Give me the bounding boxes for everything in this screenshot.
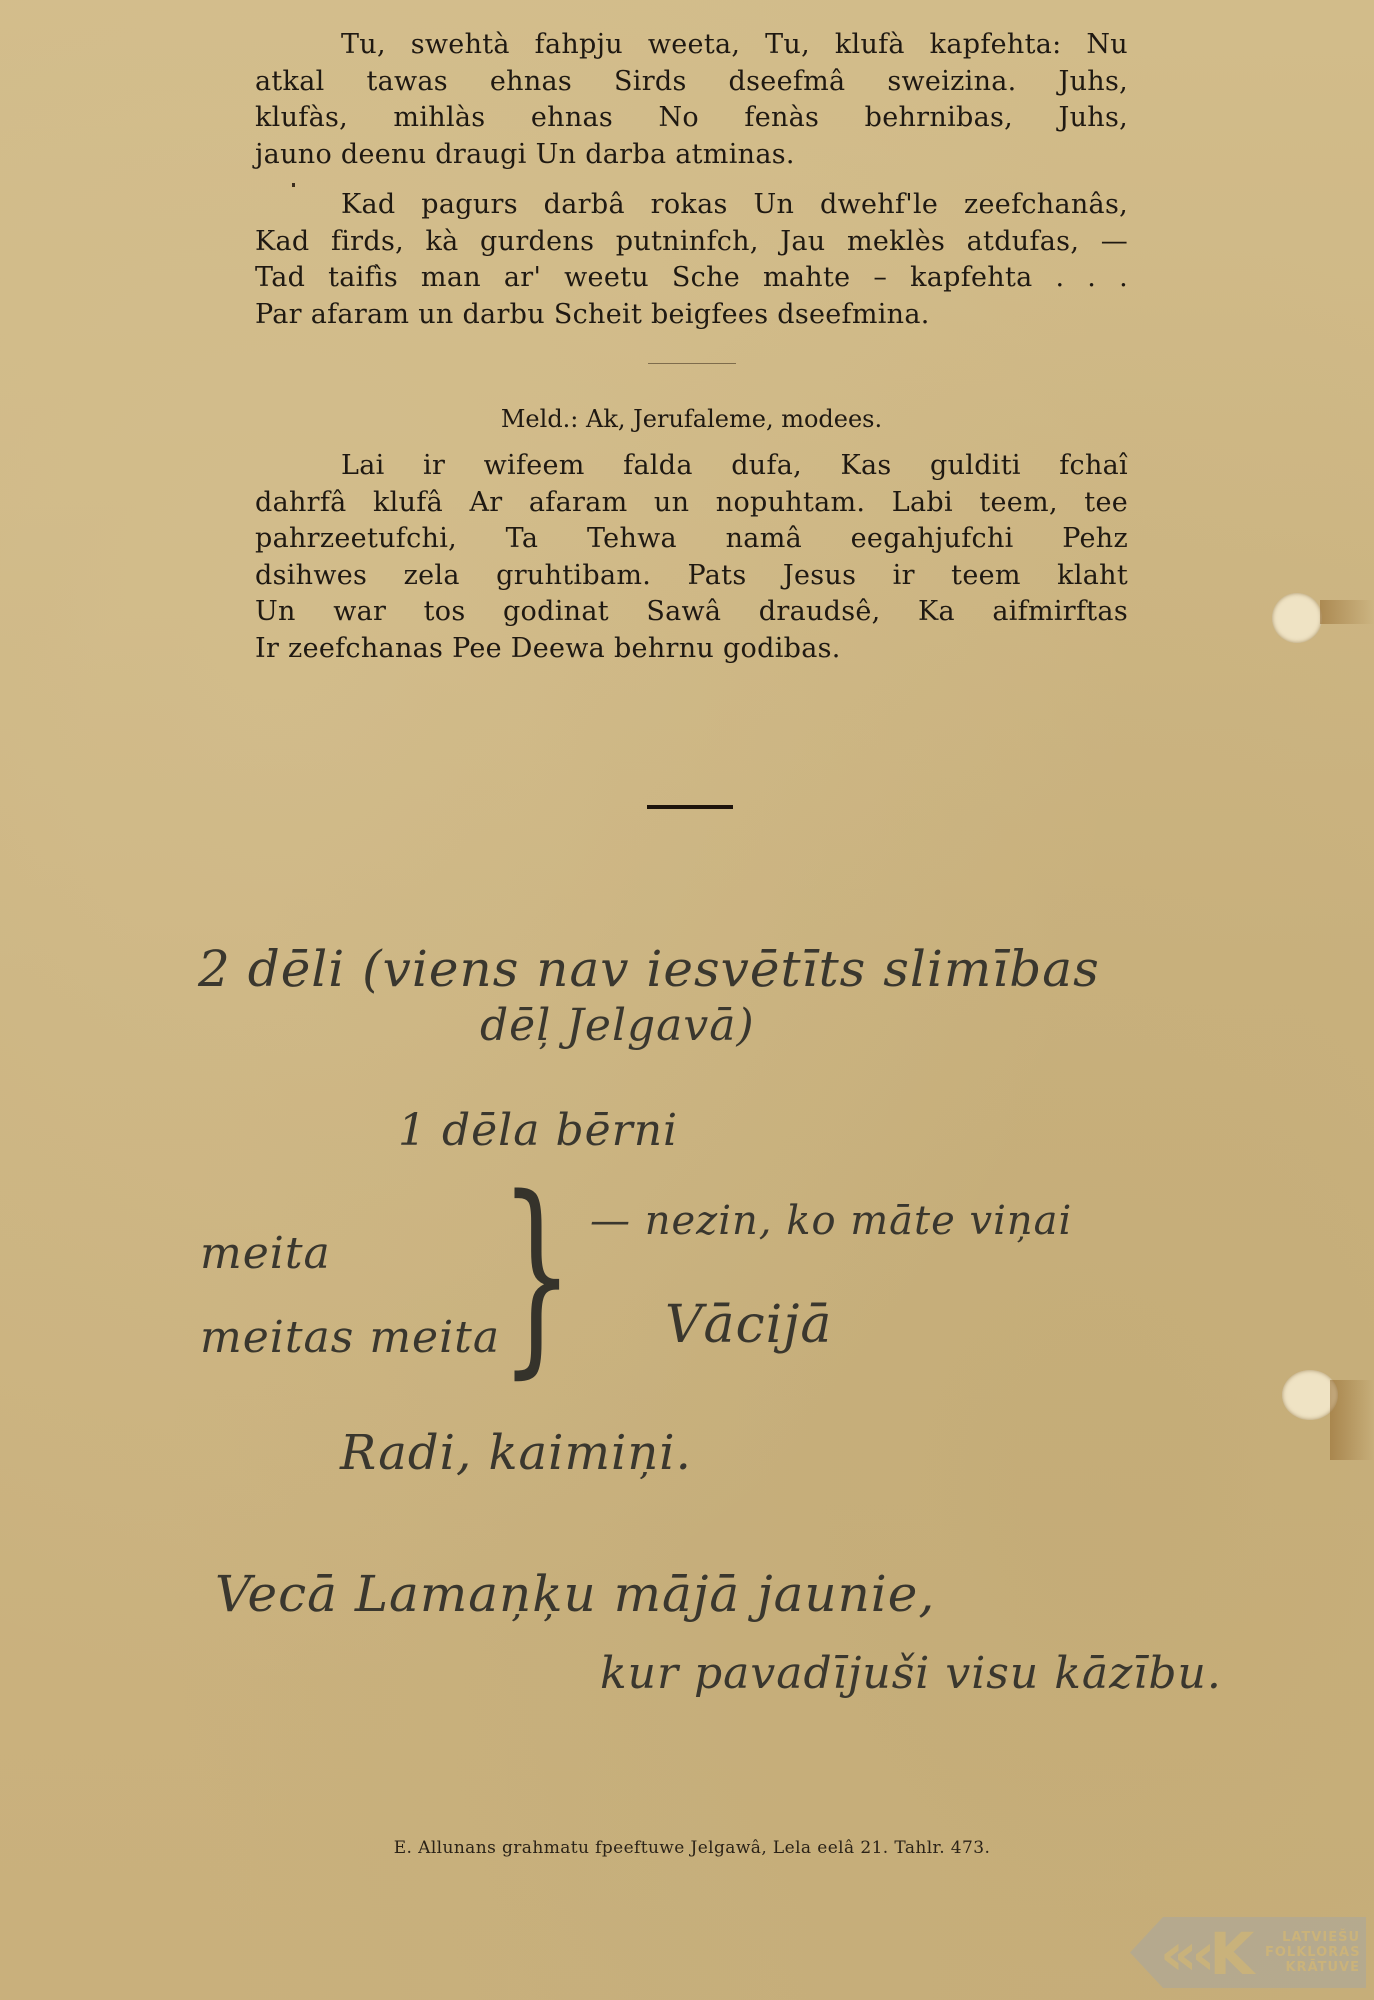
stanza-2-line: Kad firds, kà gurdens putninfch, Jau mek… [255, 224, 1128, 261]
brace-mark: } [500, 1170, 573, 1380]
handwritten-note-grandchildren: 1 dēla bērni [398, 1105, 678, 1156]
handwritten-note-house: Vecā Lamaņķu mājā jaunie, [215, 1565, 935, 1623]
handwritten-note-wedding: kur pavadījuši visu kāzību. [600, 1648, 1222, 1699]
stanza-1-line: klufàs, mihlàs ehnas No fenàs behrnibas,… [255, 100, 1128, 137]
handwritten-note-granddaughter: meitas meita [200, 1312, 500, 1363]
stanza-3: Lai ir wifeem falda dufa, Kas gulditi fc… [255, 448, 1128, 667]
stanza-2: Kad pagurs darbâ rokas Un dwehf'le zeefc… [255, 187, 1128, 333]
stain-mark [1320, 600, 1374, 624]
melody-heading: Meld.: Ak, Jerufaleme, modees. [255, 405, 1128, 433]
stanza-3-line: pahrzeetufchi, Ta Tehwa namâ eegahjufchi… [255, 521, 1128, 558]
handwritten-note-relatives: Radi, kaimiņi. [340, 1425, 692, 1481]
watermark-line: LATVIEŠU [1265, 1930, 1360, 1945]
handwritten-note-sons-cont: dēļ Jelgavā) [480, 1000, 755, 1051]
stanza-1-line: jauno deenu draugi Un darba atminas. [255, 137, 1128, 174]
stanza-3-line: Lai ir wifeem falda dufa, Kas gulditi fc… [255, 448, 1128, 485]
punch-hole-top [1272, 593, 1322, 643]
watermark-line: KRĀTUVE [1265, 1960, 1360, 1975]
handwritten-note-unknown: — nezin, ko māte viņai [590, 1198, 1072, 1244]
stanza-3-line: dsihwes zela gruhtibam. Pats Jesus ir te… [255, 558, 1128, 595]
handwritten-note-daughter: meita [200, 1228, 331, 1279]
stanza-2-line: Kad pagurs darbâ rokas Un dwehf'le zeefc… [255, 187, 1128, 224]
printer-imprint: E. Allunans grahmatu fpeeftuwe Jelgawâ, … [362, 1838, 1022, 1858]
stanza-2-line: Par afaram un darbu Scheit beigfees dsee… [255, 297, 1128, 334]
stanza-1-line: atkal tawas ehnas Sirds dseefmâ sweizina… [255, 64, 1128, 101]
archive-logo-icon: «‹K [1160, 1920, 1248, 1988]
stanza-2-line: Tad taifìs man ar' weetu Sche mahte – ka… [255, 260, 1128, 297]
watermark-line: FOLKLORAS [1265, 1945, 1360, 1960]
stanza-1: Tu, swehtà fahpju weeta, Tu, klufà kapfe… [255, 27, 1128, 173]
handwritten-note-germany: Vācijā [665, 1295, 832, 1355]
stain-mark [1330, 1380, 1374, 1460]
end-rule [647, 805, 733, 809]
stanza-3-line: Ir zeefchanas Pee Deewa behrnu godibas. [255, 631, 1128, 668]
section-divider [648, 363, 736, 364]
stanza-3-line: dahrfâ klufâ Ar afaram un nopuhtam. Labi… [255, 485, 1128, 522]
stanza-1-line: Tu, swehtà fahpju weeta, Tu, klufà kapfe… [255, 27, 1128, 64]
archive-watermark-text: LATVIEŠU FOLKLORAS KRĀTUVE [1265, 1930, 1360, 1975]
handwritten-note-sons: 2 dēli (viens nav iesvētīts slimības [198, 940, 1100, 998]
stanza-3-line: Un war tos godinat Sawâ draudsê, Ka aifm… [255, 594, 1128, 631]
